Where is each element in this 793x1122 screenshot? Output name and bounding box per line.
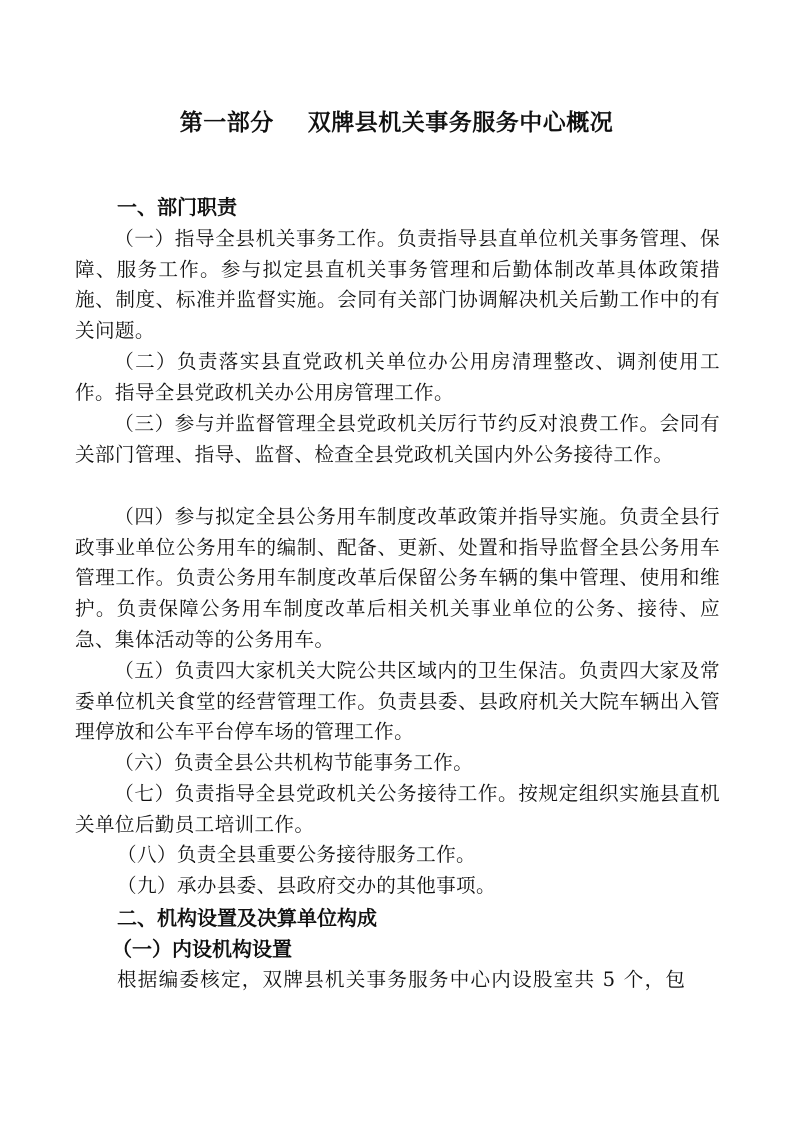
subsection-heading-internal-structure: （一）内设机构设置 [112,934,292,964]
page-title: 第一部分 双牌县机关事务服务中心概况 [0,104,793,137]
duty-item-4: （四）参与拟定全县公务用车制度改革政策并指导实施。负责全县行政事业单位公务用车的… [75,502,720,656]
duty-item-6: （六）负责全县公共机构节能事务工作。 [75,748,720,779]
duty-item-3: （三）参与并监督管理全县党政机关厉行节约反对浪费工作。会同有关部门管理、指导、监… [75,409,720,470]
duty-item-9: （九）承办县委、县政府交办的其他事项。 [117,871,720,902]
document-page: 第一部分 双牌县机关事务服务中心概况 一、部门职责 （一）指导全县机关事务工作。… [0,0,793,1122]
duty-item-1: （一）指导全县机关事务工作。负责指导县直单位机关事务管理、保障、服务工作。参与拟… [75,224,720,347]
duty-item-7: （七）负责指导全县党政机关公务接待工作。按规定组织实施县直机关单位后勤员工培训工… [75,779,720,840]
duty-item-5: （五）负责四大家机关大院公共区域内的卫生保洁。负责四大家及常委单位机关食堂的经营… [75,656,720,748]
section-heading-duties: 一、部门职责 [117,192,237,222]
duty-item-2: （二）负责落实县直党政机关单位办公用房清理整改、调剂使用工作。指导全县党政机关办… [75,347,720,408]
structure-body-text: 根据编委核定，双牌县机关事务服务中心内设股室共 5 个，包 [117,965,720,996]
section-heading-structure: 二、机构设置及决算单位构成 [117,903,377,933]
duty-item-8: （八）负责全县重要公务接待服务工作。 [117,840,720,871]
